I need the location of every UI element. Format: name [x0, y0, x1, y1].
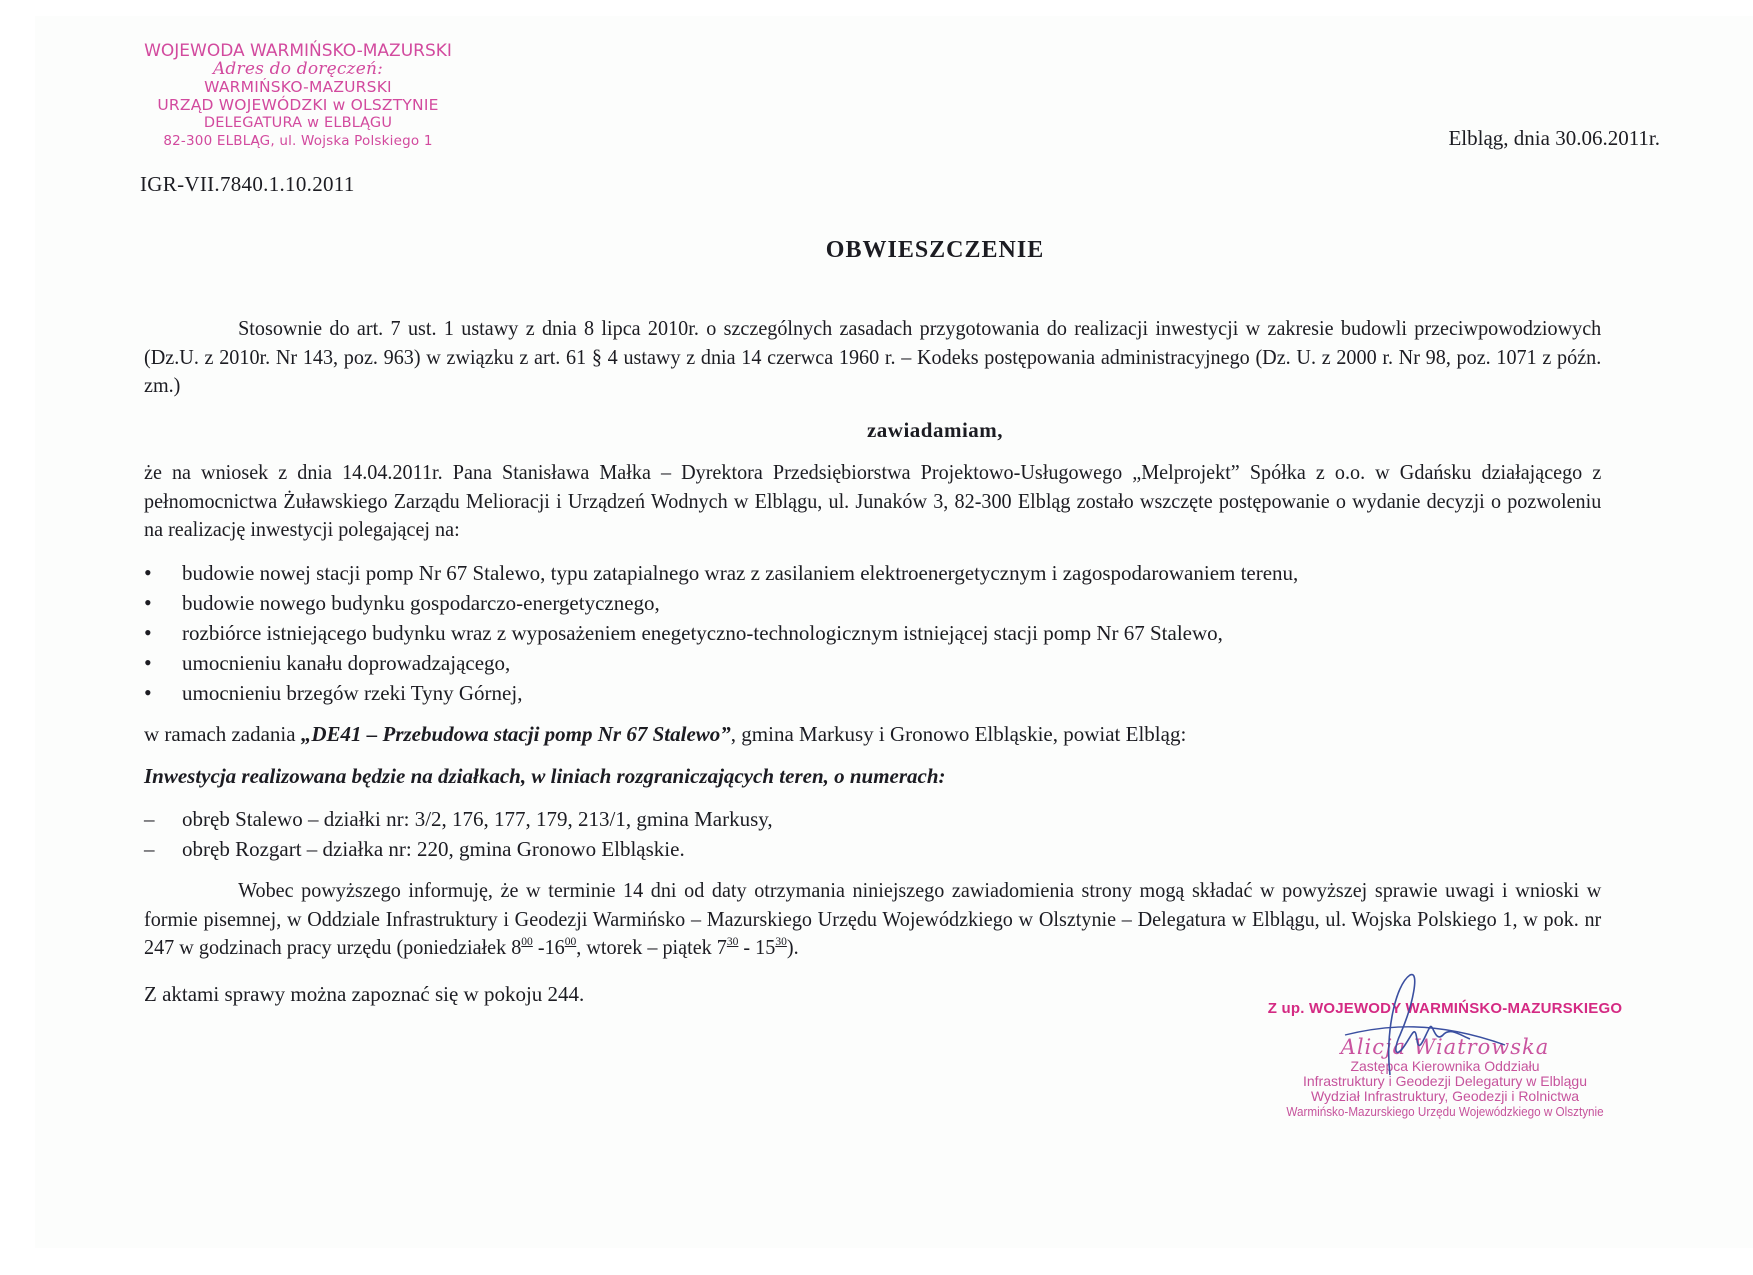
hours-minutes: 30: [775, 934, 787, 948]
list-item: rozbiórce istniejącego budynku wraz z wy…: [144, 618, 1298, 648]
stamp-line: WARMIŃSKO-MAZURSKI: [128, 78, 468, 96]
hours: 8: [511, 935, 521, 959]
list-item: umocnieniu brzegów rzeki Tyny Górnej,: [144, 678, 1298, 708]
hours-minutes: 00: [521, 934, 533, 948]
hours-sep: , wtorek – piątek: [576, 935, 717, 959]
task-line: w ramach zadania „DE41 – Przebudowa stac…: [144, 722, 1186, 747]
reference-number: IGR-VII.7840.1.10.2011: [140, 172, 355, 197]
task-name: „DE41 – Przebudowa stacji pomp Nr 67 Sta…: [301, 722, 731, 746]
intro-text: Stosownie do art. 7 ust. 1 ustawy z dnia…: [144, 316, 1601, 397]
hours-sep: -: [738, 935, 755, 959]
hours-minutes: 30: [727, 934, 739, 948]
info-paragraph: Wobec powyższego informuję, że w termini…: [144, 876, 1601, 962]
list-item: obręb Stalewo – działki nr: 3/2, 176, 17…: [144, 804, 773, 834]
files-note: Z aktami sprawy można zapoznać się w pok…: [144, 982, 584, 1007]
plots-heading: Inwestycja realizowana będzie na działka…: [144, 764, 946, 789]
announce-heading: zawiadamiam,: [0, 418, 1753, 443]
hours-sep: -: [533, 935, 545, 959]
place-date: Elbląg, dnia 30.06.2011r.: [1448, 126, 1660, 151]
stamp-line: URZĄD WOJEWÓDZKI w OLSZTYNIE: [128, 96, 468, 114]
hours-end: ).: [787, 935, 799, 959]
info-text: Wobec powyższego informuję, że w termini…: [144, 878, 1601, 959]
handwritten-signature-icon: [1295, 965, 1515, 1085]
stamp-line: Adres do doręczeń:: [128, 60, 468, 78]
hours: 15: [755, 935, 775, 959]
document-title: OBWIESZCZENIE: [0, 237, 1753, 264]
notice-paragraph: że na wniosek z dnia 14.04.2011r. Pana S…: [144, 458, 1601, 544]
stamp-line: WOJEWODA WARMIŃSKO-MAZURSKI: [128, 42, 468, 60]
stamp-line: DELEGATURA w ELBLĄGU: [128, 114, 468, 132]
scope-list: budowie nowej stacji pomp Nr 67 Stalewo,…: [144, 558, 1298, 708]
stamp-line: Warmińsko-Mazurskiego Urzędu Wojewódzkie…: [1274, 1104, 1616, 1119]
intro-paragraph: Stosownie do art. 7 ust. 1 ustawy z dnia…: [144, 314, 1601, 400]
hours: 7: [717, 935, 727, 959]
hours: 16: [545, 935, 565, 959]
notice-text: że na wniosek z dnia 14.04.2011r. Pana S…: [144, 460, 1601, 541]
header-stamp: WOJEWODA WARMIŃSKO-MAZURSKI Adres do dor…: [128, 42, 468, 150]
list-item: budowie nowego budynku gospodarczo-energ…: [144, 588, 1298, 618]
plots-list: obręb Stalewo – działki nr: 3/2, 176, 17…: [144, 804, 773, 864]
hours-minutes: 00: [565, 934, 577, 948]
list-item: obręb Rozgart – działka nr: 220, gmina G…: [144, 834, 773, 864]
task-prefix: w ramach zadania: [144, 722, 301, 746]
task-suffix: , gmina Markusy i Gronowo Elbląskie, pow…: [731, 722, 1187, 746]
stamp-line: Wydział Infrastruktury, Geodezji i Rolni…: [1255, 1089, 1635, 1104]
list-item: umocnieniu kanału doprowadzającego,: [144, 648, 1298, 678]
list-item: budowie nowej stacji pomp Nr 67 Stalewo,…: [144, 558, 1298, 588]
stamp-line: 82-300 ELBLĄG, ul. Wojska Polskiego 1: [128, 132, 468, 150]
